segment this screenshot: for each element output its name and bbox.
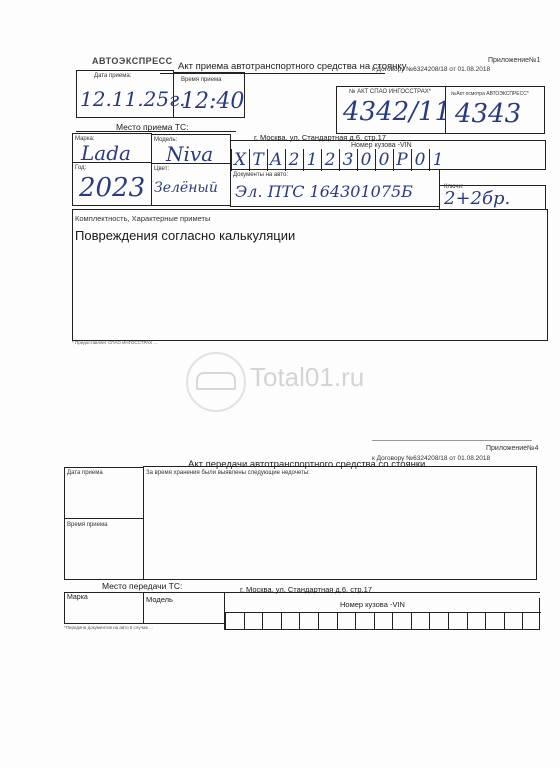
watermark-text: Total01.ru <box>250 362 364 393</box>
vin-empty-box <box>355 613 375 629</box>
color-value: Зелёный <box>154 180 218 196</box>
vin-empty-box <box>318 613 338 629</box>
form2-place-label: Место передачи ТС: <box>102 581 182 591</box>
defects-cell: За время хранения были выявлены следующи… <box>143 466 537 580</box>
form2-model-label: Модель <box>146 595 173 604</box>
act-autoexpress-value: 4343 <box>455 99 521 129</box>
date-label: Дата приема: <box>94 73 131 79</box>
act-ingos-value: 4342/11 <box>343 97 451 127</box>
form2-date-cell: Дата приема <box>64 467 144 519</box>
vin-empty-box <box>244 613 264 629</box>
vin-empty-box <box>485 613 505 629</box>
year-cell: Год: 2023 <box>72 162 152 206</box>
vin-empty-box <box>262 613 282 629</box>
vin-empty-box <box>299 613 319 629</box>
vin-empty-box <box>225 613 245 629</box>
time-value: 12:40 <box>181 89 244 114</box>
time-label: Время приема <box>181 77 221 83</box>
vin-empty-box <box>504 613 524 629</box>
vin-empty-box <box>281 613 301 629</box>
form2-vin-cell: Номер кузова -VIN <box>224 598 540 630</box>
vin-char: 0 <box>357 149 374 171</box>
completeness-cell: Комплектность, Характерные приметы Повре… <box>72 209 548 341</box>
act-autoexpress-label: №Акт осмотра АВТОЭКСПРЕСС* <box>451 91 529 97</box>
docs-label: Документы на авто: <box>233 172 288 178</box>
form2-footnote: *Передача документов на авто в случае ..… <box>64 625 153 630</box>
vin-label: Номер кузова -VIN <box>351 142 412 149</box>
vin-char: A <box>267 149 284 171</box>
defects-label: За время хранения были выявлены следующи… <box>146 470 310 476</box>
annex-label: Приложение№1 <box>488 57 540 64</box>
watermark-car-icon <box>186 352 246 412</box>
keys-value: 2+2бр. <box>444 188 510 209</box>
model-cell: Модель: Niva <box>151 134 231 164</box>
year-value: 2023 <box>79 173 145 203</box>
form2-brand-cell: Марка <box>64 592 144 624</box>
autoexpress-logo: АВТОЭКСПРЕСС <box>92 56 173 66</box>
vin-empty-box <box>392 613 412 629</box>
completeness-label: Комплектность, Характерные приметы <box>75 214 210 223</box>
vin-char: 1 <box>429 149 446 171</box>
vin-empty-box <box>467 613 487 629</box>
vin-char: 2 <box>285 149 302 171</box>
vin-char: 3 <box>339 149 356 171</box>
keys-cell: Ключи: 2+2бр. <box>439 185 546 210</box>
vin-empty-box <box>522 613 542 629</box>
docs-value: Эл. ПТС 164301075Б <box>235 182 413 201</box>
year-label: Год: <box>75 165 86 171</box>
docs-cell: Документы на авто: Эл. ПТС 164301075Б <box>230 169 440 207</box>
form2-time-cell: Время приема <box>64 518 144 580</box>
vin-char: 0 <box>375 149 392 171</box>
form1-footnote: * Предоставляет СПАО ИНГОССТРАХ ... <box>72 340 157 345</box>
vin-empty-box <box>448 613 468 629</box>
vin-empty-box <box>429 613 449 629</box>
form2-vin-boxes <box>225 613 541 629</box>
form2-time-label: Время приема <box>67 522 107 528</box>
time-cell: Время приема 12:40 <box>173 72 245 118</box>
brand-cell: Марка: Lada <box>72 133 152 163</box>
vin-char: 0 <box>411 149 428 171</box>
vin-empty-box <box>374 613 394 629</box>
act-ingos-cell: № АКТ СПАО ИНГОССТРАХ* 4342/11 <box>336 86 446 134</box>
vin-char: P <box>393 149 410 171</box>
vin-cell: Номер кузова -VIN XTA212300P01 <box>230 140 546 170</box>
form2-date-label: Дата приема <box>67 470 103 476</box>
color-cell: Цвет: Зелёный <box>151 163 231 206</box>
vin-char: X <box>231 149 248 171</box>
act-ingos-label: № АКТ СПАО ИНГОССТРАХ* <box>349 89 431 95</box>
act-autoexpress-cell: №Акт осмотра АВТОЭКСПРЕСС* 4343 <box>445 86 545 134</box>
form2-model-cell: Модель <box>143 592 225 624</box>
form2-vin-label: Номер кузова -VIN <box>340 600 405 609</box>
vin-char: 2 <box>321 149 338 171</box>
color-label: Цвет: <box>154 166 169 172</box>
form2-brand-label: Марка <box>67 594 88 601</box>
form1-title: Акт приема автотранспортного средства на… <box>178 61 406 72</box>
completeness-value: Повреждения согласно калькуляции <box>75 228 295 243</box>
date-value: 12.11.25г. <box>80 87 186 111</box>
date-cell: Дата приема: 12.11.25г. <box>76 70 174 118</box>
vin-empty-box <box>337 613 357 629</box>
vin-char: T <box>249 149 266 171</box>
annex4-label: Приложение№4 <box>486 445 538 452</box>
vin-char: 1 <box>303 149 320 171</box>
vin-empty-box <box>411 613 431 629</box>
vin-boxes: XTA212300P01 <box>231 149 451 171</box>
